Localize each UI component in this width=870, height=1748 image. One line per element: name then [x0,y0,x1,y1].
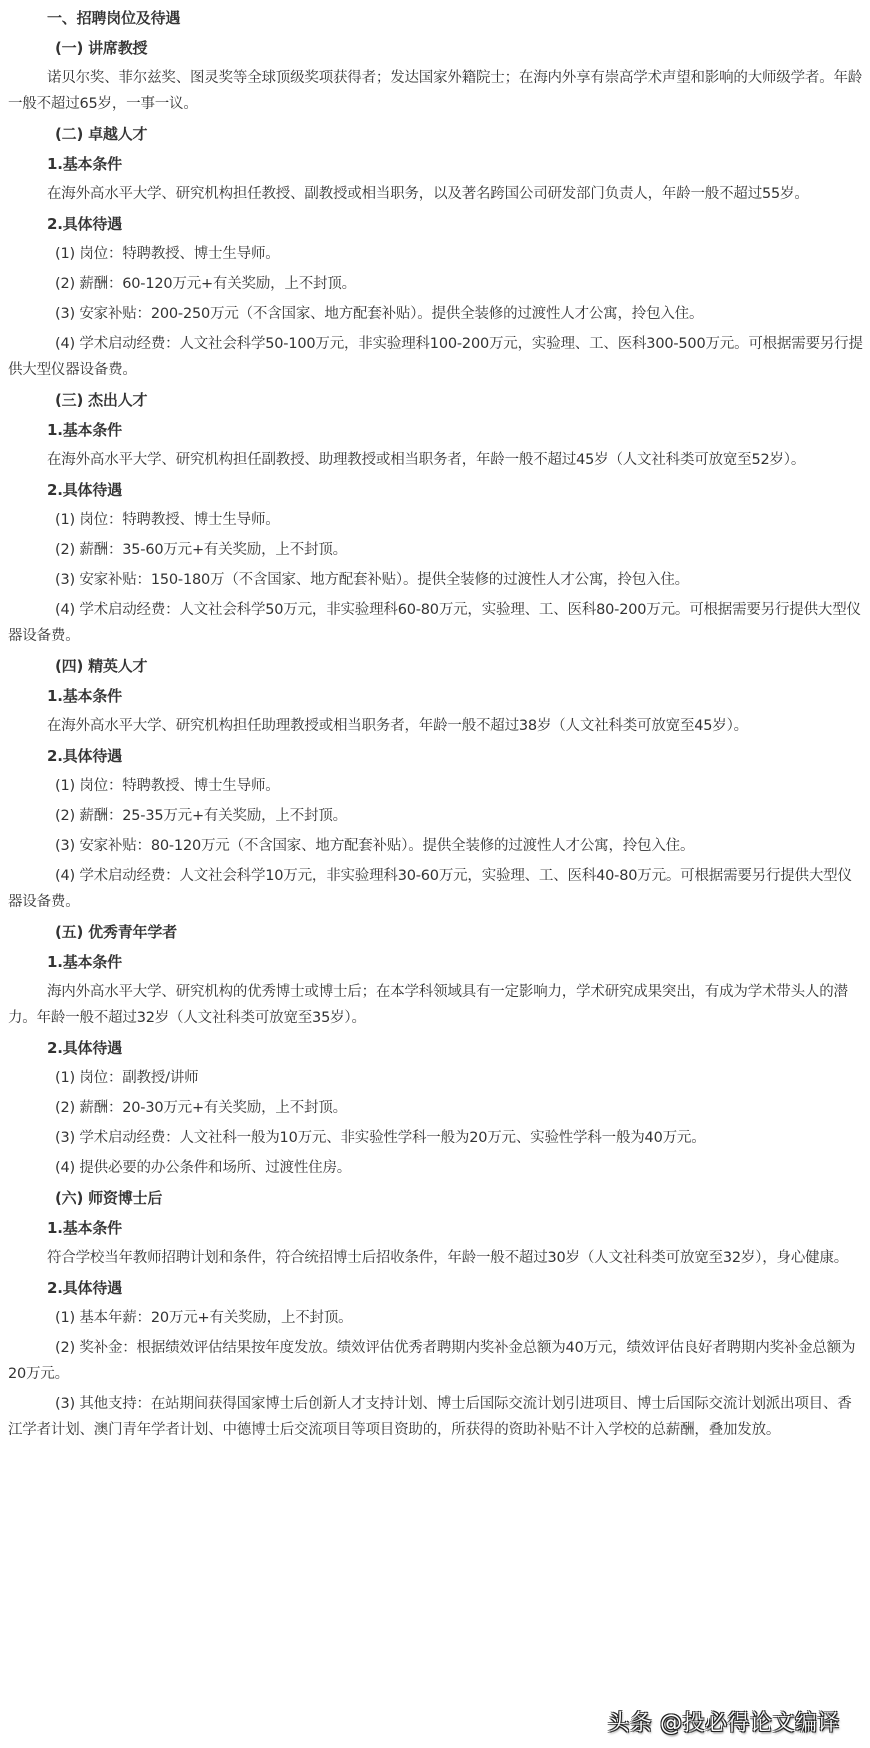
basic-conditions-text: 在海外高水平大学、研究机构担任助理教授或相当职务者，年龄一般不超过38岁（人文社… [8,713,864,739]
benefit-item: (4) 学术启动经费：人文社会科学50万元，非实验理科60-80万元，实验理、工… [8,597,864,649]
main-title: 一、招聘岗位及待遇 [8,5,864,31]
benefit-item: (1) 岗位：特聘教授、博士生导师。 [8,773,864,799]
benefit-item: (1) 岗位：副教授/讲师 [8,1065,864,1091]
section-heading-3: (三) 杰出人才 [8,387,864,413]
benefit-item: (4) 提供必要的办公条件和场所、过渡性住房。 [8,1155,864,1181]
basic-conditions-text: 在海外高水平大学、研究机构担任教授、副教授或相当职务，以及著名跨国公司研发部门负… [8,181,864,207]
watermark: 头条 @投必得论文编译 [608,1706,841,1737]
document-body: 一、招聘岗位及待遇 (一) 讲席教授 诺贝尔奖、菲尔兹奖、图灵奖等全球顶级奖项获… [8,5,864,1447]
basic-conditions-label: 1.基本条件 [8,417,864,443]
benefit-item: (4) 学术启动经费：人文社会科学50-100万元，非实验理科100-200万元… [8,331,864,383]
basic-conditions-text: 海内外高水平大学、研究机构的优秀博士或博士后；在本学科领域具有一定影响力，学术研… [8,979,864,1031]
benefits-label: 2.具体待遇 [8,211,864,237]
benefits-label: 2.具体待遇 [8,743,864,769]
section-1-paragraph: 诺贝尔奖、菲尔兹奖、图灵奖等全球顶级奖项获得者；发达国家外籍院士；在海内外享有崇… [8,65,864,117]
benefit-item: (2) 薪酬：20-30万元+有关奖励，上不封顶。 [8,1095,864,1121]
benefit-item: (3) 学术启动经费：人文社科一般为10万元、非实验性学科一般为20万元、实验性… [8,1125,864,1151]
benefit-item: (2) 薪酬：25-35万元+有关奖励，上不封顶。 [8,803,864,829]
section-heading-2: (二) 卓越人才 [8,121,864,147]
benefit-item: (2) 奖补金：根据绩效评估结果按年度发放。绩效评估优秀者聘期内奖补金总额为40… [8,1335,864,1387]
basic-conditions-label: 1.基本条件 [8,151,864,177]
benefit-item: (1) 岗位：特聘教授、博士生导师。 [8,241,864,267]
benefits-label: 2.具体待遇 [8,1275,864,1301]
benefit-item: (4) 学术启动经费：人文社会科学10万元，非实验理科30-60万元，实验理、工… [8,863,864,915]
benefit-item: (3) 安家补贴：150-180万（不含国家、地方配套补贴）。提供全装修的过渡性… [8,567,864,593]
section-heading-6: (六) 师资博士后 [8,1185,864,1211]
basic-conditions-label: 1.基本条件 [8,683,864,709]
basic-conditions-label: 1.基本条件 [8,949,864,975]
benefit-item: (2) 薪酬：60-120万元+有关奖励，上不封顶。 [8,271,864,297]
section-heading-5: (五) 优秀青年学者 [8,919,864,945]
benefit-item: (1) 岗位：特聘教授、博士生导师。 [8,507,864,533]
basic-conditions-label: 1.基本条件 [8,1215,864,1241]
benefit-item: (3) 安家补贴：80-120万元（不含国家、地方配套补贴）。提供全装修的过渡性… [8,833,864,859]
section-heading-1: (一) 讲席教授 [8,35,864,61]
benefit-item: (3) 安家补贴：200-250万元（不含国家、地方配套补贴）。提供全装修的过渡… [8,301,864,327]
basic-conditions-text: 在海外高水平大学、研究机构担任副教授、助理教授或相当职务者，年龄一般不超过45岁… [8,447,864,473]
benefit-item: (2) 薪酬：35-60万元+有关奖励，上不封顶。 [8,537,864,563]
benefits-label: 2.具体待遇 [8,477,864,503]
basic-conditions-text: 符合学校当年教师招聘计划和条件，符合统招博士后招收条件，年龄一般不超过30岁（人… [8,1245,864,1271]
section-heading-4: (四) 精英人才 [8,653,864,679]
benefits-label: 2.具体待遇 [8,1035,864,1061]
benefit-item: (1) 基本年薪：20万元+有关奖励，上不封顶。 [8,1305,864,1331]
benefit-item: (3) 其他支持：在站期间获得国家博士后创新人才支持计划、博士后国际交流计划引进… [8,1391,864,1443]
